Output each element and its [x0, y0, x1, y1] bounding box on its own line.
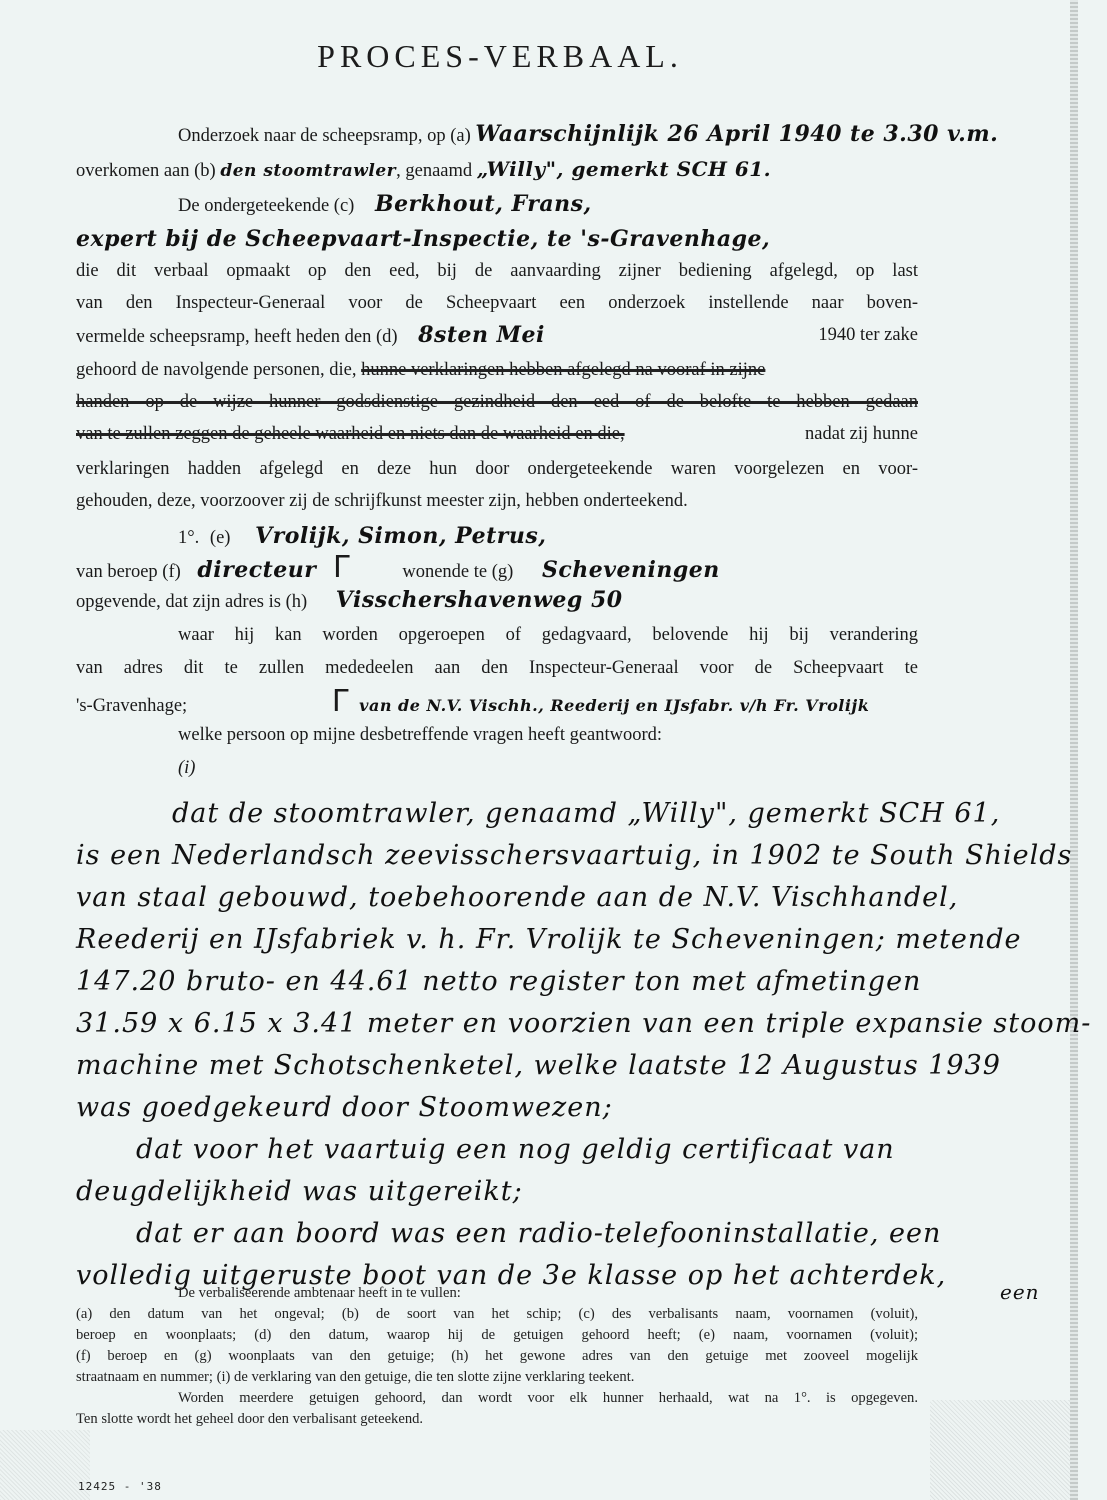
struck-line-9: handen op de wijze hunner godsdienstige … [76, 390, 918, 414]
statement-line: van staal gebouwd, toebehoorende aan de … [76, 882, 958, 913]
intro-line-5: die dit verbaal opmaakt op den eed, bij … [76, 259, 918, 283]
ship-name-field[interactable]: „Willy", gemerkt SCH 61. [477, 157, 771, 181]
label-i: (i) [178, 756, 195, 780]
witness-line-3: opgevende, dat zijn adres is (h) Vissche… [76, 588, 623, 614]
intro-line-1: Onderzoek naar de scheepsramp, op (a) Wa… [178, 122, 998, 148]
address-field[interactable]: Visschershavenweg 50 [336, 587, 623, 613]
intro-line-3: De ondergeteekende (c) Berkhout, Frans, [178, 192, 592, 218]
statement-line: was goedgekeurd door Stoomwezen; [76, 1092, 613, 1123]
statement-line: is een Nederlandsch zeevisschersvaartuig… [76, 840, 1072, 871]
statement-line: machine met Schotschenketel, welke laats… [76, 1050, 1001, 1081]
statement-continuation: een [1000, 1280, 1040, 1304]
intro-line-7: vermelde scheepsramp, heeft heden den (d… [76, 323, 918, 349]
label-b: overkomen aan (b) [76, 161, 216, 181]
label-e: (e) [210, 528, 231, 548]
accident-date-field[interactable]: Waarschijnlijk 26 April 1940 te 3.30 v.m… [475, 121, 998, 147]
official-role-field[interactable]: expert bij de Scheepvaart-Inspectie, te … [76, 227, 770, 251]
hearing-date-field[interactable]: 8sten Mei [418, 322, 545, 348]
occupation-field[interactable]: directeur [197, 557, 316, 583]
intro-line-11: verklaringen hadden afgelegd en deze hun… [76, 457, 918, 481]
statement-line: dat voor het vaartuig een nog geldig cer… [136, 1134, 895, 1165]
witness-line-6: 's-Gravenhage; Γ van de N.V. Vischh., Re… [76, 690, 869, 718]
label-a: Onderzoek naar de scheepsramp, op (a) [178, 126, 471, 146]
footnote-line: beroep en woonplaats; (d) den datum, waa… [76, 1325, 918, 1345]
statement-line: dat de stoomtrawler, genaamd „Willy", ge… [172, 798, 1000, 829]
page-title: PROCES-VERBAAL. [0, 38, 1000, 75]
label-c: De ondergeteekende (c) [178, 196, 354, 216]
footnote-repeat-note: Worden meerdere getuigen gehoord, dan wo… [178, 1388, 918, 1408]
label-named: , genaamd [396, 161, 472, 181]
statement-line: deugdelijkheid was uitgereikt; [76, 1176, 523, 1207]
text: 's-Gravenhage; [76, 696, 187, 716]
employer-insert-field[interactable]: van de N.V. Vischh., Reederij en IJsfabr… [359, 696, 869, 715]
statement-line: dat er aan boord was een radio-telefooni… [136, 1218, 941, 1249]
insert-mark-icon: Γ [332, 684, 349, 719]
hearing-year: 1940 ter zake [818, 323, 918, 347]
statement-line: 147.20 bruto- en 44.61 netto register to… [76, 966, 921, 997]
year-value: 1940 [818, 325, 855, 345]
label-h: opgevende, dat zijn adres is (h) [76, 592, 307, 612]
insert-mark-icon: Γ [333, 550, 350, 585]
footnote-line: straatnaam en nummer; (i) de verklaring … [76, 1367, 634, 1387]
label-g: wonende te (g) [402, 562, 513, 582]
intro-line-8: gehoord de navolgende personen, die, hun… [76, 358, 765, 382]
struck-text: van te zullen zeggen de geheele waarheid… [76, 424, 625, 444]
witness-line-7: welke persoon op mijne desbetreffende vr… [178, 723, 662, 747]
witness-line-4: waar hij kan worden opgeroepen of gedagv… [178, 623, 918, 647]
struck-text: hunne verklaringen hebben afgelegd na vo… [361, 360, 765, 380]
intro-line-12: gehouden, deze, voorzoover zij de schrij… [76, 489, 688, 513]
label-f: van beroep (f) [76, 562, 181, 582]
official-name-field[interactable]: Berkhout, Frans, [375, 191, 592, 217]
intro-line-10: van te zullen zeggen de geheele waarheid… [76, 422, 918, 446]
witness-line-2: van beroep (f) directeur Γ wonende te (g… [76, 556, 720, 584]
text: nadat zij hunne [805, 422, 918, 446]
witness-number: 1°. [178, 528, 199, 548]
label-d: vermelde scheepsramp, heeft heden den (d… [76, 327, 398, 347]
statement-line: 31.59 x 6.15 x 3.41 meter en voorzien va… [76, 1008, 1091, 1039]
intro-line-2: overkomen aan (b) den stoomtrawler, gena… [76, 157, 771, 183]
footnote-line: (a) den datum van het ongeval; (b) de so… [76, 1304, 918, 1324]
scan-noise [930, 1400, 1070, 1500]
statement-line: Reederij en IJsfabriek v. h. Fr. Vrolijk… [76, 924, 1021, 955]
witness-name-field[interactable]: Vrolijk, Simon, Petrus, [255, 523, 546, 549]
footnote-closing: Ten slotte wordt het geheel door den ver… [76, 1409, 423, 1429]
witness-line-5: van adres dit te zullen mededeelen aan d… [76, 656, 918, 680]
footnote-line: (f) beroep en (g) woonplaats van den get… [76, 1346, 918, 1366]
footnote-heading: De verbaliseerende ambtenaar heeft in te… [178, 1283, 461, 1303]
form-code: 12425 - '38 [78, 1480, 162, 1493]
scan-noise [0, 1430, 90, 1500]
label-ter-zake: ter zake [860, 325, 918, 345]
intro-line-6: van den Inspecteur-Generaal voor de Sche… [76, 291, 918, 315]
text: gehoord de navolgende personen, die, [76, 360, 357, 380]
witness-line-1: 1°. (e) Vrolijk, Simon, Petrus, [178, 524, 546, 550]
ship-type-field[interactable]: den stoomtrawler [220, 161, 396, 181]
residence-field[interactable]: Scheveningen [542, 557, 720, 583]
scan-edge-stripe [1070, 0, 1078, 1500]
